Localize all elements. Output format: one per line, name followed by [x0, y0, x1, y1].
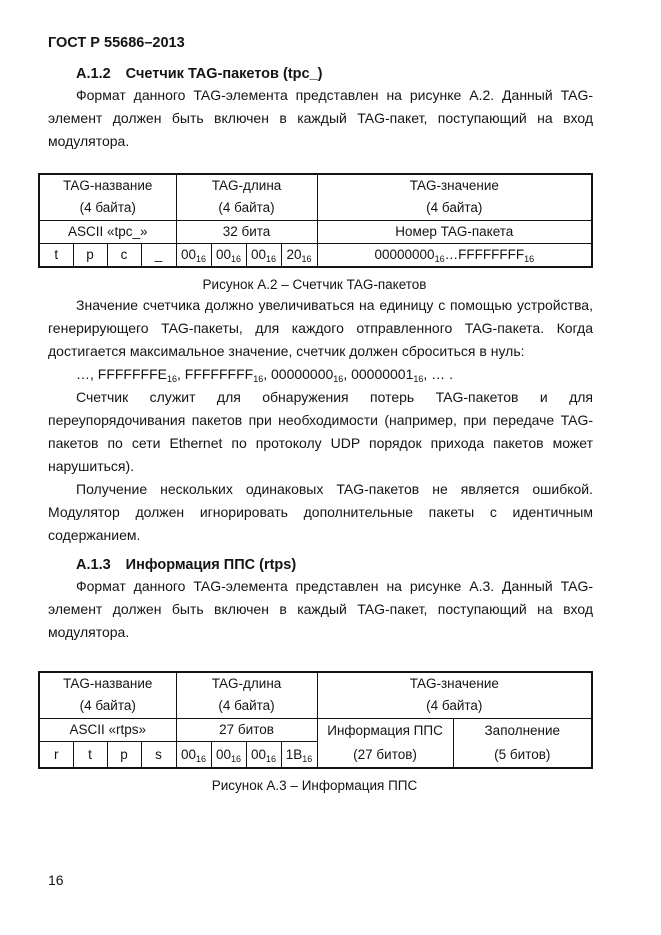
col-header-line: TAG-длина: [179, 673, 315, 695]
col-header-line: (4 байта): [320, 695, 590, 717]
col-header-line: TAG-название: [42, 175, 174, 197]
cell-padding: Заполнение (5 битов): [453, 718, 592, 768]
cell-name-char: c: [107, 243, 141, 267]
cell-hex-byte: 1B16: [281, 741, 317, 767]
cell-length-bits: 32 бита: [176, 220, 317, 243]
figure-a2-table: TAG-название (4 байта) TAG-длина (4 байт…: [38, 173, 593, 268]
cell-hex-byte: 0016: [176, 741, 211, 767]
col-header-tag-name: TAG-название (4 байта): [39, 672, 176, 718]
formula-line: …, FFFFFFFE16, FFFFFFFF16, 0000000016, 0…: [48, 363, 593, 386]
section-a13-heading: А.1.3Информация ППС (rtps): [48, 555, 593, 575]
cell-ascii-name: ASCII «rtps»: [39, 718, 176, 741]
col-header-line: (4 байта): [179, 695, 315, 717]
cell-value-desc: Номер TAG-пакета: [317, 220, 592, 243]
col-header-line: TAG-название: [42, 673, 174, 695]
table-row: ASCII «rtps» 27 битов Информация ППС (27…: [39, 718, 592, 741]
col-header-line: (4 байта): [179, 197, 315, 219]
cell-name-char: r: [39, 741, 73, 767]
document-page: ГОСТ Р 55686–2013 А.1.2Счетчик TAG-пакет…: [0, 0, 661, 935]
section-title: Счетчик TAG-пакетов (tpc_): [126, 66, 323, 82]
col-header-tag-value: TAG-значение (4 байта): [317, 672, 592, 718]
cell-name-char: _: [141, 243, 176, 267]
cell-name-char: p: [107, 741, 141, 767]
page-number: 16: [48, 872, 64, 888]
table-row: ASCII «tpc_» 32 бита Номер TAG-пакета: [39, 220, 592, 243]
table-row: TAG-название (4 байта) TAG-длина (4 байт…: [39, 174, 592, 220]
col-header-tag-length: TAG-длина (4 байта): [176, 174, 317, 220]
figure-a2-caption: Рисунок А.2 – Счетчик TAG-пакетов: [38, 276, 591, 294]
section-number: А.1.2: [76, 66, 111, 82]
col-header-line: (4 байта): [42, 695, 174, 717]
cell-hex-byte: 0016: [211, 741, 246, 767]
cell-hex-byte: 2016: [281, 243, 317, 267]
para-counter: Значение счетчика должно увеличиваться н…: [48, 294, 593, 363]
cell-hex-byte: 0016: [246, 243, 281, 267]
cell-name-char: t: [73, 741, 107, 767]
cell-hex-byte: 0016: [211, 243, 246, 267]
para-format-a3: Формат данного TAG-элемента представлен …: [48, 575, 593, 644]
col-header-line: TAG-значение: [320, 175, 590, 197]
doc-header: ГОСТ Р 55686–2013: [48, 34, 593, 52]
cell-ascii-name: ASCII «tpc_»: [39, 220, 176, 243]
cell-hex-byte: 0016: [246, 741, 281, 767]
col-header-line: TAG-значение: [320, 673, 590, 695]
cell-hex-byte: 0016: [176, 243, 211, 267]
section-title: Информация ППС (rtps): [126, 557, 297, 573]
col-header-line: (4 байта): [42, 197, 174, 219]
col-header-line: (4 байта): [320, 197, 590, 219]
cell-name-char: s: [141, 741, 176, 767]
cell-name-char: t: [39, 243, 73, 267]
figure-a3-table: TAG-название (4 байта) TAG-длина (4 байт…: [38, 671, 593, 769]
col-header-tag-name: TAG-название (4 байта): [39, 174, 176, 220]
section-number: А.1.3: [76, 557, 111, 573]
cell-pps-info: Информация ППС (27 битов): [317, 718, 453, 768]
figure-a3-caption: Рисунок А.3 – Информация ППС: [38, 777, 591, 795]
col-header-line: TAG-длина: [179, 175, 315, 197]
para-format-a2: Формат данного TAG-элемента представлен …: [48, 84, 593, 153]
cell-value-range: 0000000016…FFFFFFFF16: [317, 243, 592, 267]
para-purpose: Счетчик служит для обнаружения потерь TA…: [48, 386, 593, 478]
table-row: t p c _ 0016 0016 0016 2016 0000000016…F…: [39, 243, 592, 267]
col-header-tag-value: TAG-значение (4 байта): [317, 174, 592, 220]
section-a12-heading: А.1.2Счетчик TAG-пакетов (tpc_): [48, 64, 593, 84]
table-row: TAG-название (4 байта) TAG-длина (4 байт…: [39, 672, 592, 718]
col-header-tag-length: TAG-длина (4 байта): [176, 672, 317, 718]
cell-length-bits: 27 битов: [176, 718, 317, 741]
cell-name-char: p: [73, 243, 107, 267]
para-duplicates: Получение нескольких одинаковых TAG-паке…: [48, 478, 593, 547]
